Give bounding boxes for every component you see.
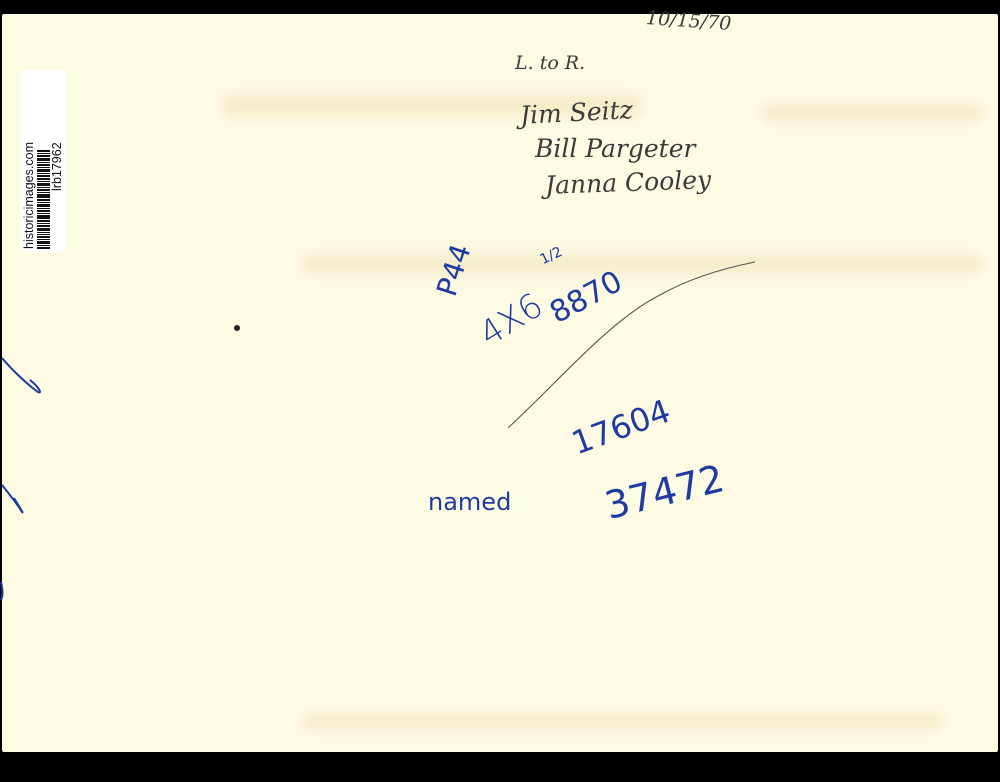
ink-scribble [2, 485, 23, 512]
pen-marks [0, 0, 1000, 782]
pencil-curve-line [508, 262, 755, 428]
ink-scribble [1, 582, 3, 600]
ink-dot [234, 325, 240, 331]
ink-scribble [2, 358, 40, 392]
